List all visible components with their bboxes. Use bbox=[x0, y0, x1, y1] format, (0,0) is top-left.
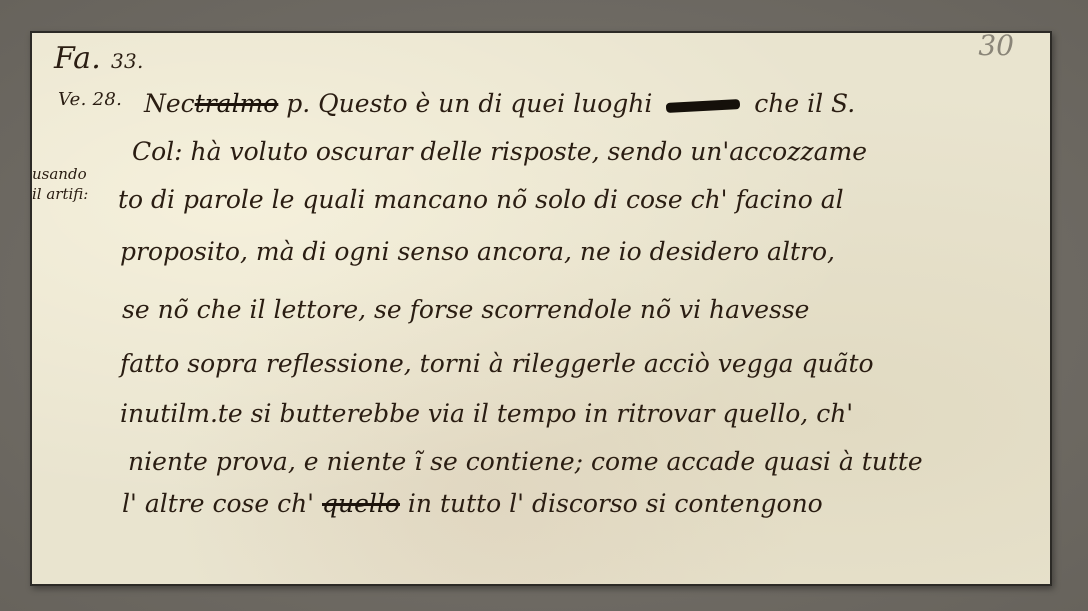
reference-ve: Ve. 28. bbox=[58, 89, 122, 110]
margin-note-line-2: il artifi: bbox=[32, 185, 88, 203]
margin-note-line-1: usando bbox=[32, 165, 87, 183]
line-1-after-blot: che il S. bbox=[746, 89, 855, 118]
reference-fa-number: 33. bbox=[111, 49, 144, 73]
line-1-before: Nec bbox=[144, 89, 195, 118]
ink-blot-deletion bbox=[666, 99, 740, 113]
line-9-after: in tutto l' discorso si contengono bbox=[400, 489, 823, 518]
text-line-3: to di parole le quali mancano nõ solo di… bbox=[118, 185, 844, 214]
reference-fa-label: Fa. bbox=[54, 41, 101, 76]
text-line-7: inutilm.te si butterebbe via il tempo in… bbox=[120, 399, 853, 428]
text-line-2: Col: hà voluto oscurar delle risposte, s… bbox=[132, 137, 867, 166]
text-line-1: Nectralmo p. Questo è un di quei luoghi … bbox=[144, 89, 855, 118]
folio-number: 30 bbox=[978, 29, 1014, 62]
reference-fa: Fa. 33. bbox=[54, 41, 144, 76]
text-line-9: l' altre cose ch' quello in tutto l' dis… bbox=[122, 489, 823, 518]
text-line-6: fatto sopra reflessione, torni à rilegge… bbox=[120, 349, 874, 378]
text-line-5: se nõ che il lettore, se forse scorrendo… bbox=[122, 295, 809, 324]
line-1-after: p. Questo è un di quei luoghi bbox=[278, 89, 660, 118]
text-line-8: niente prova, e niente ĩ se contiene; co… bbox=[128, 447, 923, 476]
manuscript-page: 30 Fa. 33. Ve. 28. usando il artifi: Nec… bbox=[30, 31, 1052, 586]
text-line-4: proposito, mà di ogni senso ancora, ne i… bbox=[120, 237, 835, 266]
line-9-before: l' altre cose ch' bbox=[122, 489, 322, 518]
struck-word: quello bbox=[322, 489, 400, 518]
struck-word: tralmo bbox=[195, 89, 279, 118]
